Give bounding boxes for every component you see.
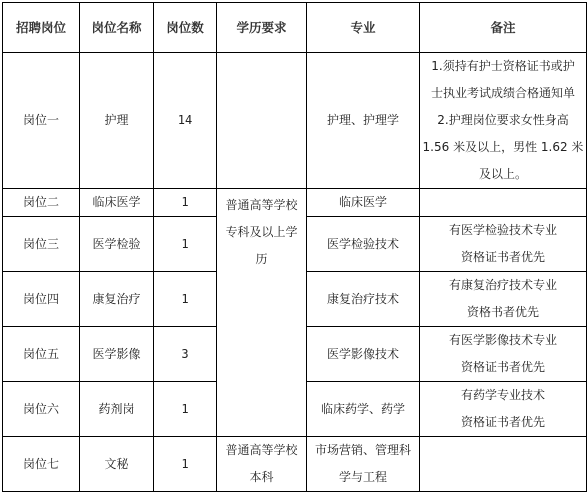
cell-post: 岗位二 xyxy=(3,189,80,217)
cell-name: 临床医学 xyxy=(80,189,154,217)
cell-major: 临床医学 xyxy=(307,189,420,217)
major-line: 市场营销、管理科 xyxy=(307,437,419,464)
table-row: 岗位七 文秘 1 普通高等学校 本科 市场营销、管理科 学与工程 xyxy=(3,437,587,488)
note-line: 资格证书者优先 xyxy=(420,409,586,436)
cell-note: 1.须持有护士资格证书或护 士执业考试成绩合格通知单 2.护理岗位要求女性身高 … xyxy=(420,53,587,189)
cell-count: 1 xyxy=(154,189,217,217)
cell-count: 1 xyxy=(154,382,217,437)
cell-post: 岗位六 xyxy=(3,382,80,437)
cell-major: 市场营销、管理科 学与工程 xyxy=(307,437,420,488)
cell-education-merged: 普通高等学校 专科及以上学 历 xyxy=(217,189,307,437)
cell-post: 岗位五 xyxy=(3,327,80,382)
cell-name: 医学影像 xyxy=(80,327,154,382)
cell-major: 医学检验技术 xyxy=(307,217,420,272)
cell-name: 康复治疗 xyxy=(80,272,154,327)
note-line: 1.须持有护士资格证书或护 xyxy=(420,53,586,80)
cell-name: 护理 xyxy=(80,53,154,189)
cell-major: 医学影像技术 xyxy=(307,327,420,382)
cell-note: 有医学检验技术专业 资格证书者优先 xyxy=(420,217,587,272)
recruitment-table: 招聘岗位 岗位名称 岗位数 学历要求 专业 备注 岗位一 护理 14 护理、护理… xyxy=(2,2,587,487)
note-line: 及以上。 xyxy=(420,161,586,188)
cell-post: 岗位七 xyxy=(3,437,80,488)
cell-education-empty xyxy=(217,53,307,189)
cell-major: 康复治疗技术 xyxy=(307,272,420,327)
cell-count: 14 xyxy=(154,53,217,189)
note-line: 有医学检验技术专业 xyxy=(420,217,586,244)
cell-count: 1 xyxy=(154,217,217,272)
header-row: 招聘岗位 岗位名称 岗位数 学历要求 专业 备注 xyxy=(3,3,587,53)
cell-note: 有医学影像技术专业 资格证书者优先 xyxy=(420,327,587,382)
header-note: 备注 xyxy=(420,3,587,53)
note-line: 资格书者优先 xyxy=(420,299,586,326)
note-line: 资格证书者优先 xyxy=(420,354,586,381)
education-line: 专科及以上学 xyxy=(217,219,306,246)
major-line: 学与工程 xyxy=(307,464,419,487)
table-row: 岗位二 临床医学 1 普通高等学校 专科及以上学 历 临床医学 xyxy=(3,189,587,217)
cell-name: 文秘 xyxy=(80,437,154,488)
header-education: 学历要求 xyxy=(217,3,307,53)
cell-post: 岗位一 xyxy=(3,53,80,189)
cell-note xyxy=(420,189,587,217)
cell-post: 岗位四 xyxy=(3,272,80,327)
note-line: 1.56 米及以上，男性 1.62 米 xyxy=(420,134,586,161)
education-line: 普通高等学校 xyxy=(217,437,306,464)
cell-count: 1 xyxy=(154,437,217,488)
cell-name: 药剂岗 xyxy=(80,382,154,437)
header-post-name: 岗位名称 xyxy=(80,3,154,53)
header-count: 岗位数 xyxy=(154,3,217,53)
cell-note xyxy=(420,437,587,488)
cell-post: 岗位三 xyxy=(3,217,80,272)
cell-note: 有药学专业技术 资格证书者优先 xyxy=(420,382,587,437)
header-major: 专业 xyxy=(307,3,420,53)
note-line: 士执业考试成绩合格通知单 xyxy=(420,80,586,107)
cell-education: 普通高等学校 本科 xyxy=(217,437,307,488)
note-line: 有康复治疗技术专业 xyxy=(420,272,586,299)
header-post: 招聘岗位 xyxy=(3,3,80,53)
note-line: 资格证书者优先 xyxy=(420,244,586,271)
note-line: 有药学专业技术 xyxy=(420,382,586,409)
education-line: 本科 xyxy=(217,464,306,487)
education-line: 普通高等学校 xyxy=(217,192,306,219)
cell-name: 医学检验 xyxy=(80,217,154,272)
table-row: 岗位一 护理 14 护理、护理学 1.须持有护士资格证书或护 士执业考试成绩合格… xyxy=(3,53,587,189)
cell-major: 临床药学、药学 xyxy=(307,382,420,437)
cell-count: 1 xyxy=(154,272,217,327)
cell-note: 有康复治疗技术专业 资格书者优先 xyxy=(420,272,587,327)
note-line: 有医学影像技术专业 xyxy=(420,327,586,354)
note-line: 2.护理岗位要求女性身高 xyxy=(420,107,586,134)
cell-count: 3 xyxy=(154,327,217,382)
cell-major: 护理、护理学 xyxy=(307,53,420,189)
education-line: 历 xyxy=(217,246,306,273)
